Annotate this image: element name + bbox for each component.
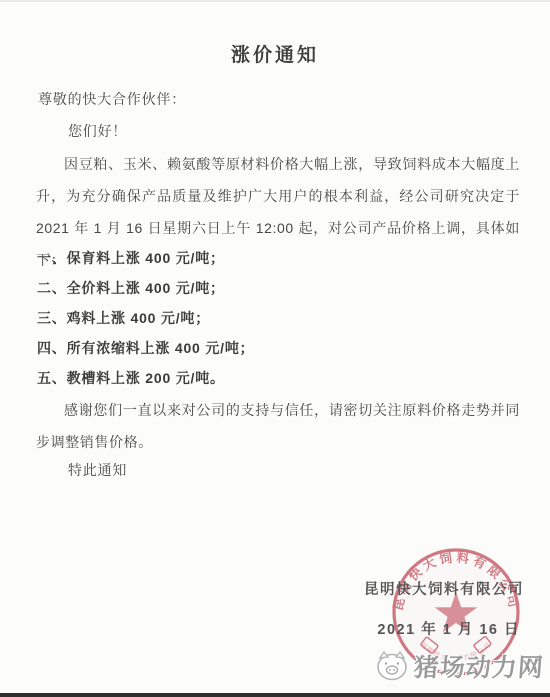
list-item: 五、教槽料上涨 200 元/吨。 — [37, 363, 517, 393]
notice-title: 涨价通知 — [0, 40, 550, 67]
signature-block: 昆明快大饲料有限公司 2021 年 1 月 16 日 — [364, 578, 524, 639]
closing-line: 特此通知 — [68, 460, 127, 480]
bottom-border — [0, 693, 550, 697]
site-watermark: 猪场动力网 — [372, 648, 544, 684]
watermark-text: 猪场动力网 — [413, 648, 546, 684]
pig-icon — [372, 648, 412, 684]
list-item: 四、所有浓缩料上涨 400 元/吨； — [37, 333, 517, 363]
salutation-line: 尊敬的快大合作伙伴： — [38, 89, 186, 109]
list-item: 一、保育料上涨 400 元/吨； — [37, 243, 517, 273]
list-item: 三、鸡料上涨 400 元/吨； — [37, 303, 517, 333]
signature-company: 昆明快大饲料有限公司 — [364, 578, 524, 599]
list-item: 二、全价料上涨 400 元/吨； — [37, 273, 517, 303]
price-increase-list: 一、保育料上涨 400 元/吨； 二、全价料上涨 400 元/吨； 三、鸡料上涨… — [37, 243, 517, 393]
document-scan: 涨价通知 尊敬的快大合作伙伴： 您们好！ 因豆粕、玉米、赖氨酸等原材料价格大幅上… — [0, 0, 550, 697]
greeting-line: 您们好！ — [68, 121, 127, 141]
scanned-notice-page: 涨价通知 尊敬的快大合作伙伴： 您们好！ 因豆粕、玉米、赖氨酸等原材料价格大幅上… — [0, 0, 550, 697]
body-paragraph-thanks: 感谢您们一直以来对公司的支持与信任，请密切关注原料价格走势并同步调整销售价格。 — [36, 394, 520, 458]
signature-date: 2021 年 1 月 16 日 — [364, 618, 520, 639]
